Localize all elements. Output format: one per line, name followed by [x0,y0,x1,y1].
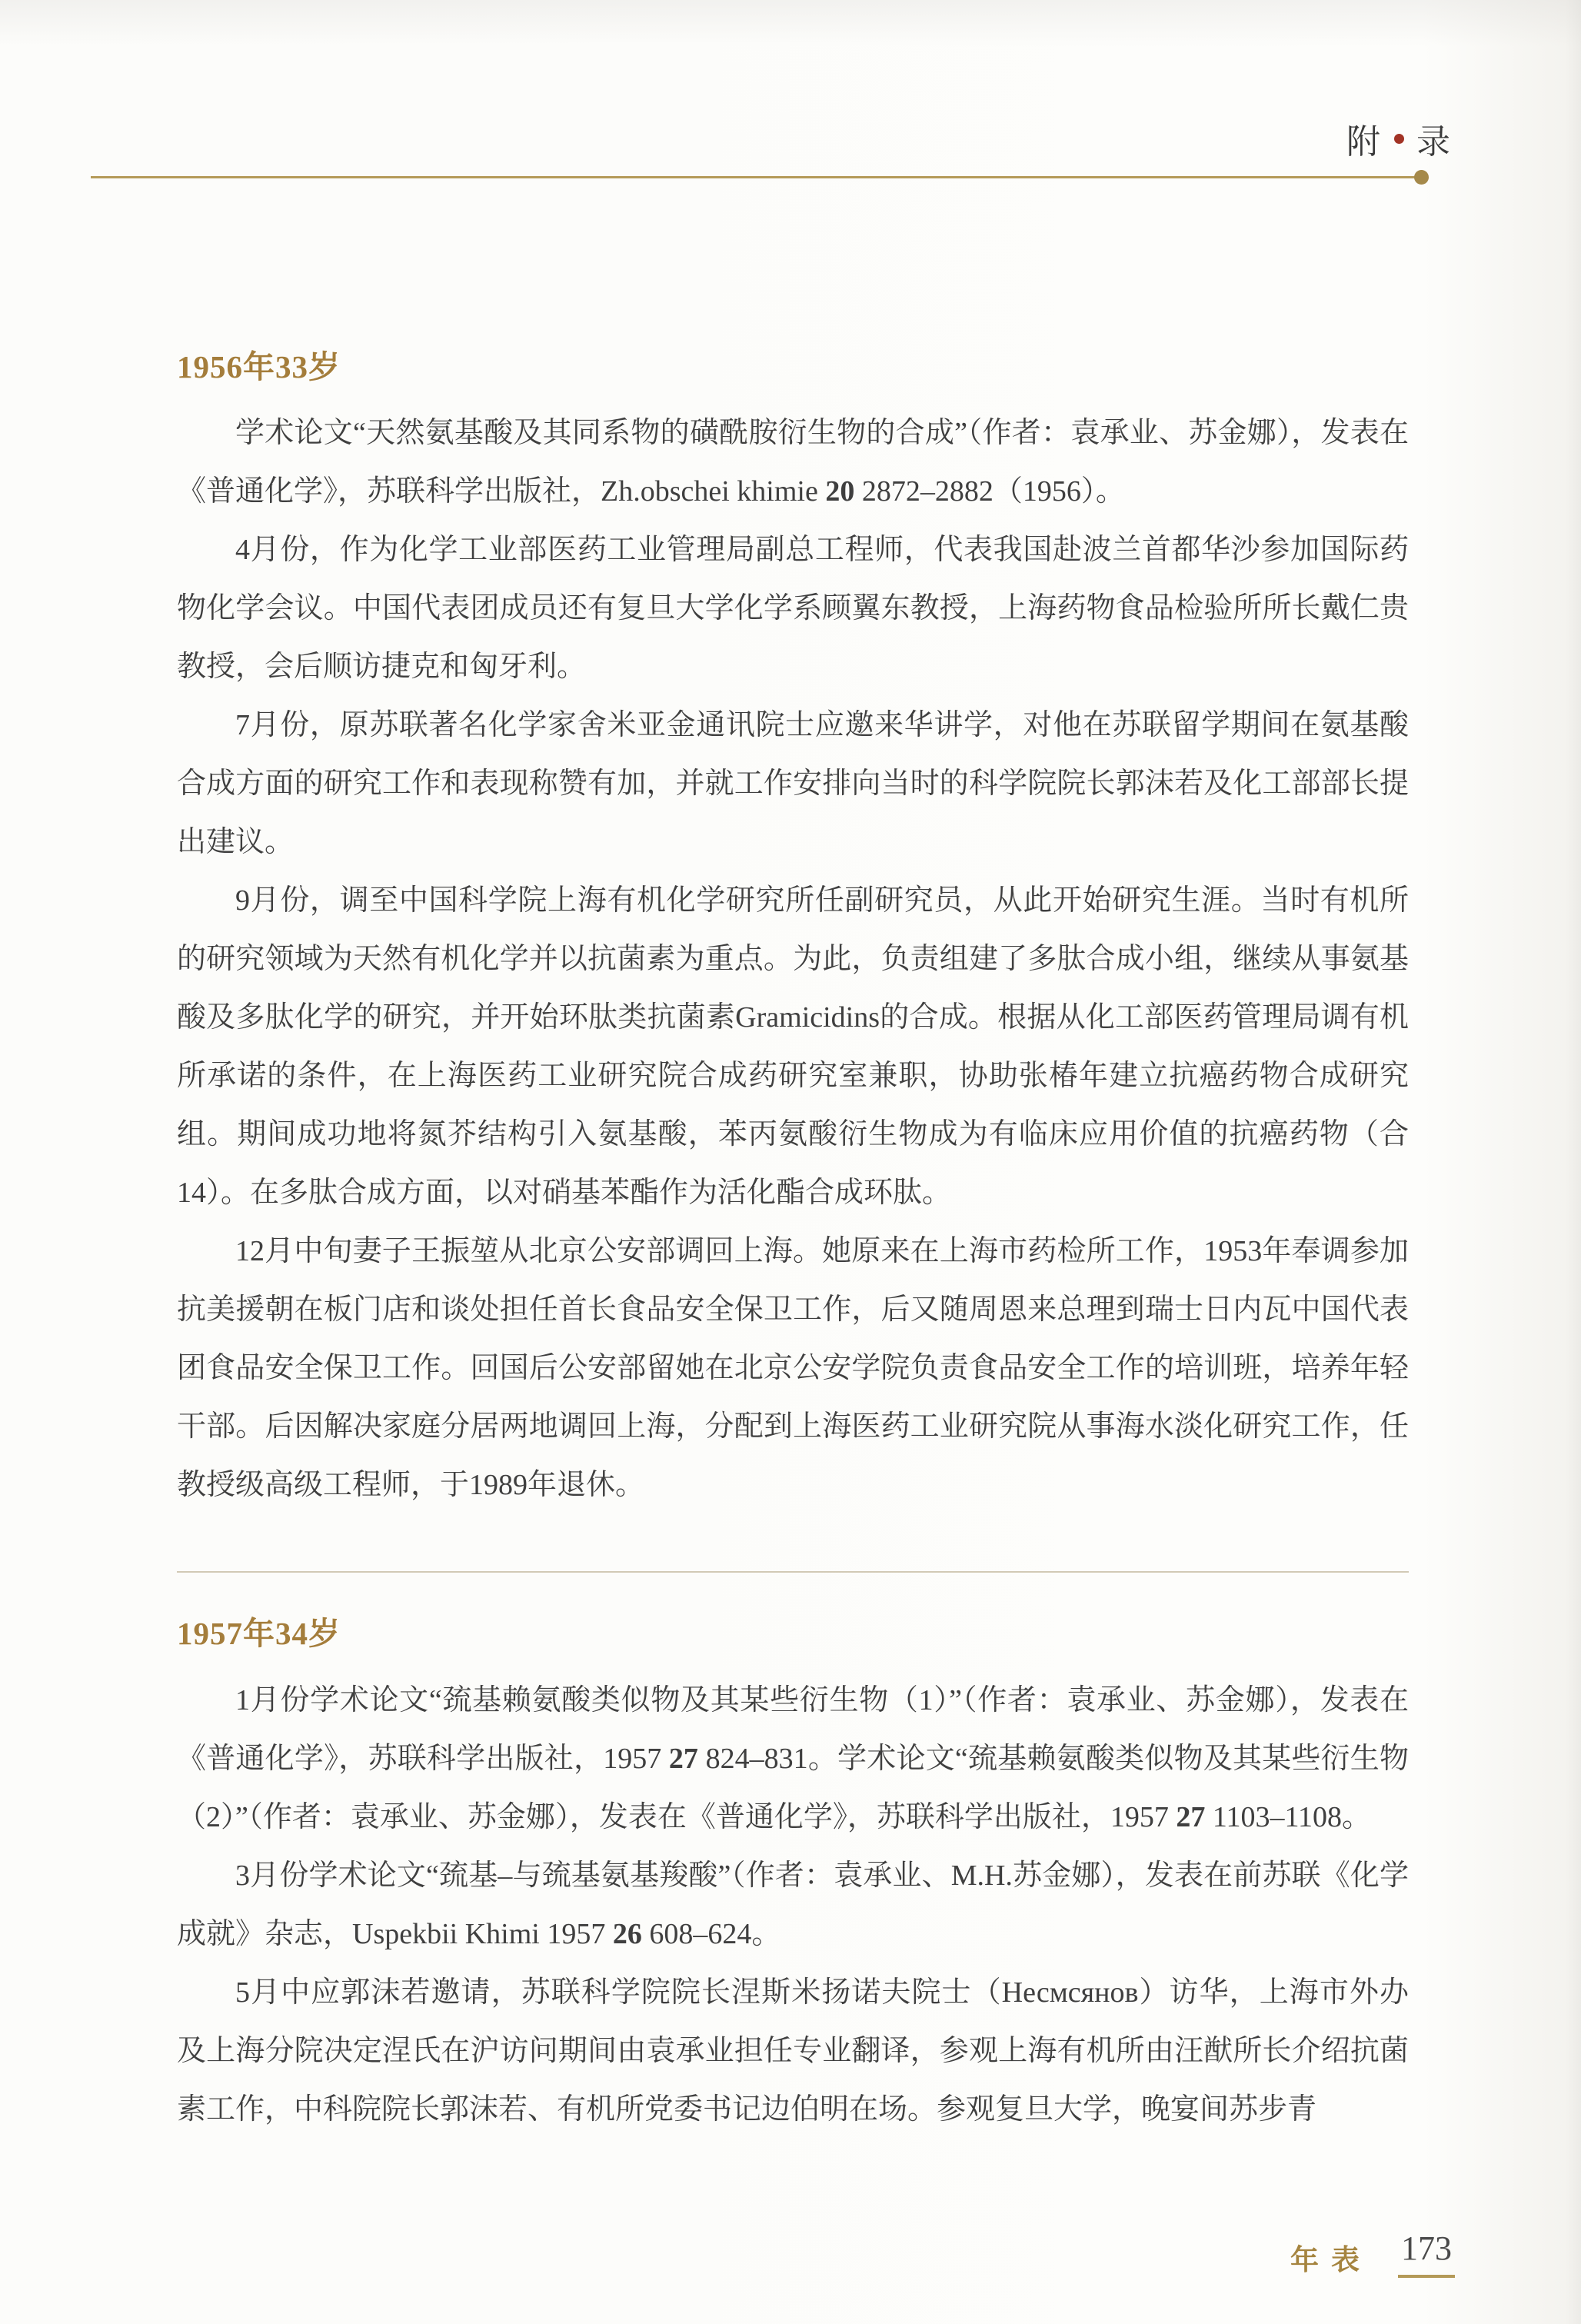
bold-text: 27 [669,1743,698,1775]
section-heading: 1956年33岁 [177,348,1409,387]
text-run: 4月份，作为化学工业部医药工业管理局副总工程师，代表我国赴波兰首都华沙参加国际药… [177,534,1409,683]
text-run: 2872–2882（1956）。 [854,475,1125,508]
page-body: 1956年33岁学术论文“天然氨基酸及其同系物的磺酰胺衍生物的合成”（作者：袁承… [177,348,1409,2139]
running-head: 附 录 [1346,114,1452,163]
running-head-right-char: 录 [1416,114,1452,163]
footer-page-number: 173 [1398,2230,1455,2278]
bold-text: 26 [613,1918,642,1950]
text-run: 3月份学术论文“巯基–与巯基氨基羧酸”（作者：袁承业、M.H.苏金娜），发表在前… [177,1860,1409,1950]
red-dot-icon [1394,134,1404,144]
book-page: 附 录 1956年33岁学术论文“天然氨基酸及其同系物的磺酰胺衍生物的合成”（作… [0,0,1581,2324]
page-footer: 年表 173 [1290,2230,1455,2278]
paragraph: 12月中旬妻子王振堃从北京公安部调回上海。她原来在上海市药检所工作，1953年奉… [177,1222,1409,1514]
paragraph: 3月份学术论文“巯基–与巯基氨基羧酸”（作者：袁承业、M.H.苏金娜），发表在前… [177,1846,1409,1963]
paragraph: 9月份，调至中国科学院上海有机化学研究所任副研究员，从此开始研究生涯。当时有机所… [177,871,1409,1222]
bold-text: 20 [825,475,854,508]
footer-section-label: 年表 [1290,2230,1372,2278]
text-run: 9月份，调至中国科学院上海有机化学研究所任副研究员，从此开始研究生涯。当时有机所… [177,884,1409,1209]
text-run: 5月中应郭沫若邀请，苏联科学院院长涅斯米扬诺夫院士（Несмсянов）访华，上… [177,1976,1409,2126]
header-rule [91,176,1423,178]
rule-end-dot-icon [1414,170,1429,185]
paragraph: 5月中应郭沫若邀请，苏联科学院院长涅斯米扬诺夫院士（Несмсянов）访华，上… [177,1963,1409,2139]
text-run: 608–624。 [642,1918,781,1950]
paragraph: 1月份学术论文“巯基赖氨酸类似物及其某些衍生物（1）”（作者：袁承业、苏金娜），… [177,1671,1409,1846]
section-heading: 1957年34岁 [177,1614,1409,1653]
paragraph: 学术论文“天然氨基酸及其同系物的磺酰胺衍生物的合成”（作者：袁承业、苏金娜），发… [177,404,1409,521]
text-run: 12月中旬妻子王振堃从北京公安部调回上海。她原来在上海市药检所工作，1953年奉… [177,1235,1409,1501]
running-head-left-char: 附 [1346,114,1382,163]
paragraph: 4月份，作为化学工业部医药工业管理局副总工程师，代表我国赴波兰首都华沙参加国际药… [177,521,1409,696]
bold-text: 27 [1176,1801,1205,1833]
text-run: 7月份，原苏联著名化学家舍米亚金通讯院士应邀来华讲学，对他在苏联留学期间在氨基酸… [177,709,1409,858]
text-run: 1103–1108。 [1205,1801,1371,1833]
section-divider [177,1571,1409,1573]
text-run: 学术论文“天然氨基酸及其同系物的磺酰胺衍生物的合成”（作者：袁承业、苏金娜），发… [177,417,1409,508]
paragraph: 7月份，原苏联著名化学家舍米亚金通讯院士应邀来华讲学，对他在苏联留学期间在氨基酸… [177,696,1409,871]
